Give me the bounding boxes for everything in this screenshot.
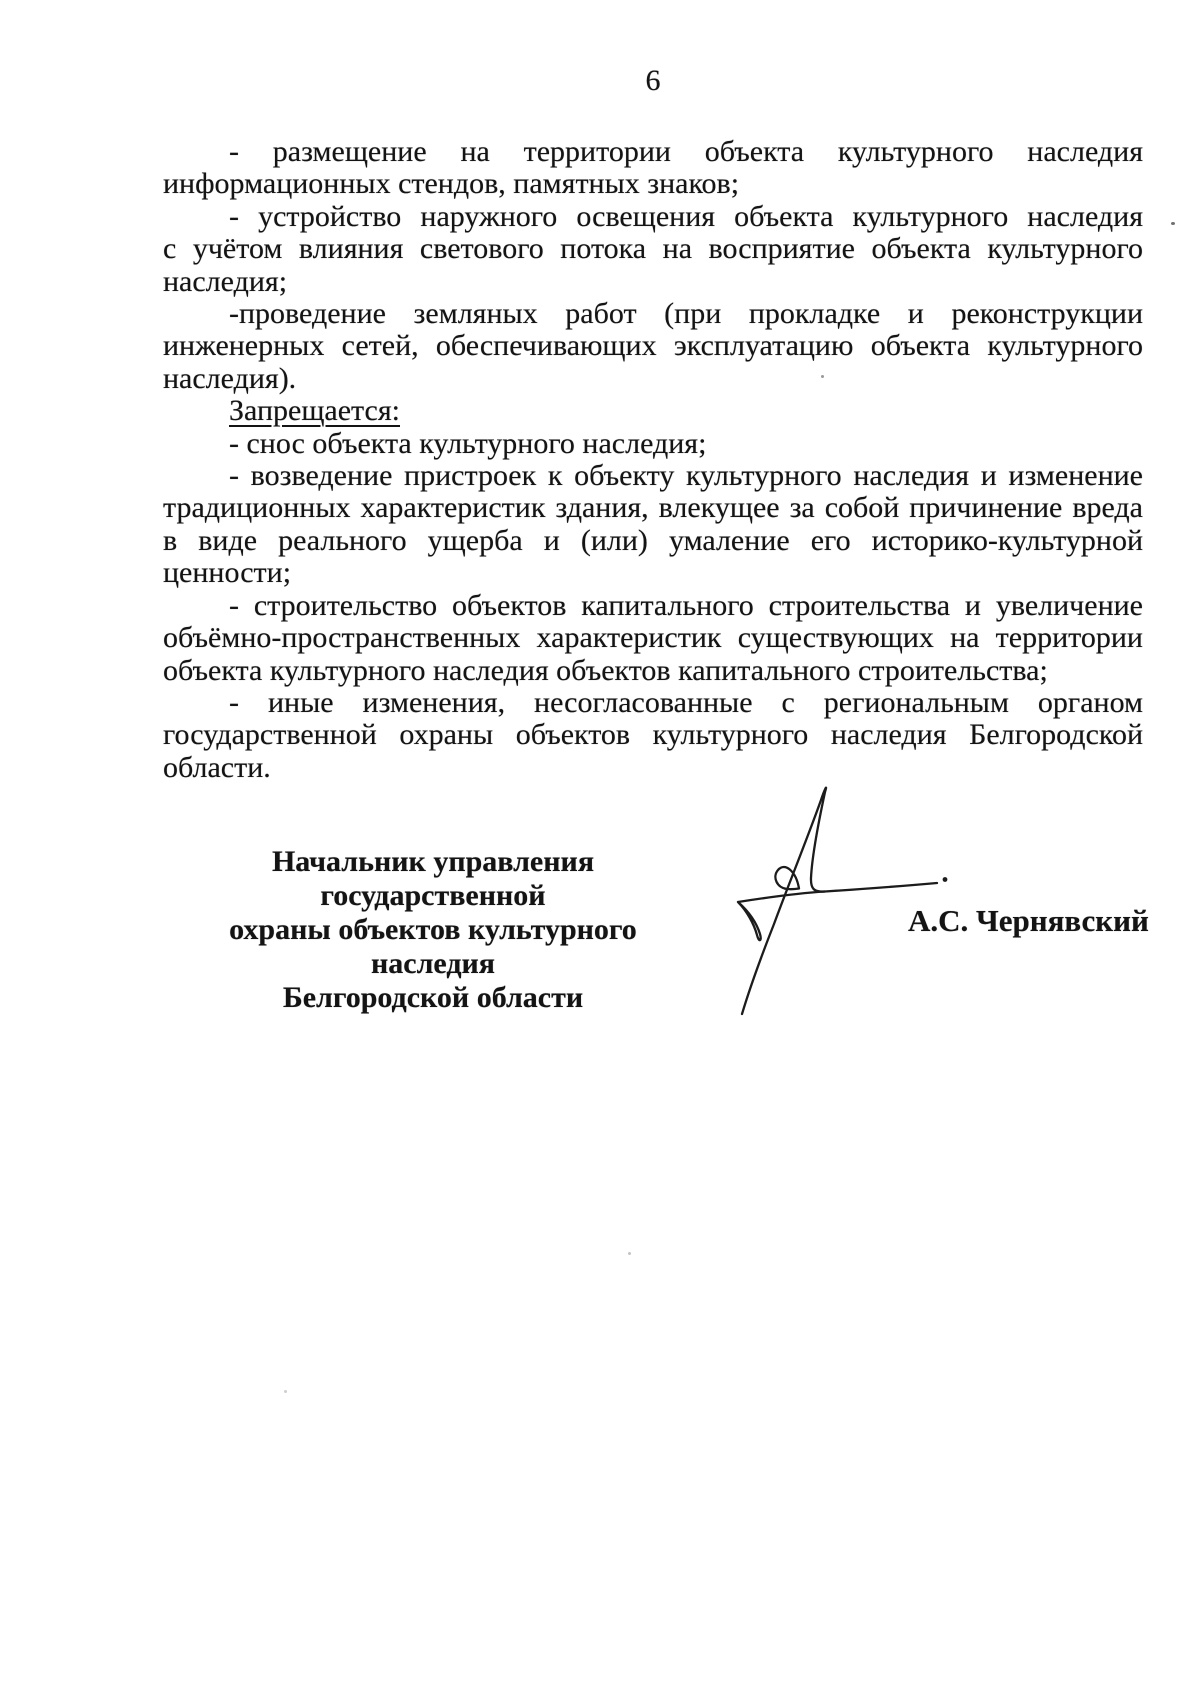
text-line: информационных стендов, памятных знаков; [163, 168, 1143, 200]
scan-speck [821, 375, 824, 378]
text-line: Запрещается: [163, 395, 1143, 427]
text-line: наследия). [163, 363, 1143, 395]
signatory-title-line: Начальник управления государственной [183, 845, 683, 913]
text-line: - размещение на территории объекта культ… [163, 136, 1143, 168]
text-line: государственной охраны объектов культурн… [163, 719, 1143, 751]
text-line: - иные изменения, несогласованные с реги… [163, 687, 1143, 719]
document-page: 6 - размещение на территории объекта кул… [0, 0, 1200, 1697]
signatory-title: Начальник управления государственнойохра… [183, 845, 683, 1015]
handwritten-signature-icon [675, 738, 960, 1028]
document-body: - размещение на территории объекта культ… [163, 136, 1143, 784]
signatory-title-line: охраны объектов культурного наследия [183, 913, 683, 981]
text-line: с учётом влияния светового потока на вос… [163, 233, 1143, 265]
text-line: -проведение земляных работ (при прокладк… [163, 298, 1143, 330]
text-line: объекта культурного наследия объектов ка… [163, 655, 1143, 687]
scan-speck [284, 1390, 287, 1393]
signatory-title-line: Белгородской области [183, 981, 683, 1015]
text-line: объёмно-пространственных характеристик с… [163, 622, 1143, 654]
scan-speck [1171, 222, 1175, 225]
text-line: традиционных характеристик здания, влеку… [163, 492, 1143, 524]
text-line: наследия; [163, 266, 1143, 298]
signatory-name: А.С. Чернявский [908, 903, 1149, 939]
text-line: - строительство объектов капитального ст… [163, 590, 1143, 622]
text-line: - возведение пристроек к объекту культур… [163, 460, 1143, 492]
text-line: инженерных сетей, обеспечивающих эксплуа… [163, 330, 1143, 362]
text-line: в виде реального ущерба и (или) умаление… [163, 525, 1143, 590]
page-number: 6 [163, 64, 1143, 98]
text-line: области. [163, 752, 1143, 784]
text-line: - устройство наружного освещения объекта… [163, 201, 1143, 233]
text-line: - снос объекта культурного наследия; [163, 428, 1143, 460]
scan-speck [628, 1252, 631, 1255]
